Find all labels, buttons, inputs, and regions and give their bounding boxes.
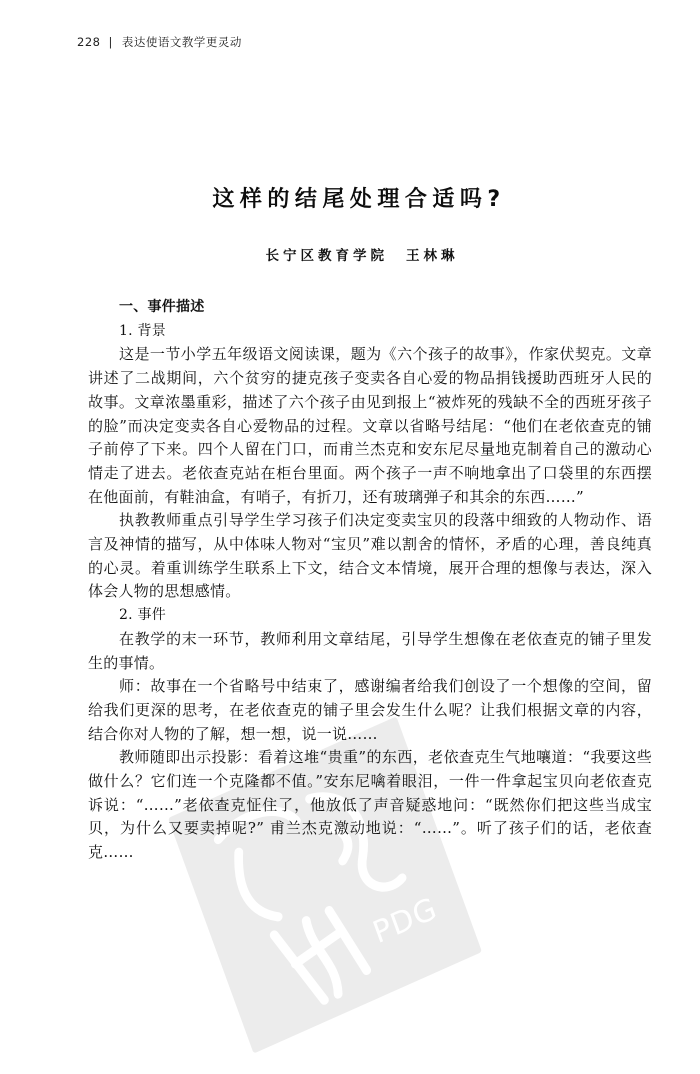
page-number: 228 [77, 35, 100, 49]
subsection-heading: 1. 背景 [88, 320, 652, 344]
author-name: 王林琳 [406, 248, 459, 264]
author-affiliation: 长宁区教育学院 [266, 248, 389, 264]
paragraph: 师：故事在一个省略号中结束了，感谢编者给我们创设了一个想像的空间，留给我们更深的… [88, 675, 652, 746]
header-separator: | [108, 35, 112, 49]
byline: 长宁区教育学院王林琳 [0, 244, 700, 264]
running-header: 228|表达使语文教学更灵动 [77, 34, 242, 50]
section-heading: 一、事件描述 [88, 296, 652, 320]
book-title: 表达使语文教学更灵动 [122, 35, 242, 49]
article-body: 一、事件描述 1. 背景 这是一节小学五年级语文阅读课，题为《六个孩子的故事》，… [88, 296, 652, 865]
paragraph: 执教教师重点引导学生学习孩子们决定变卖宝贝的段落中细致的人物动作、语言及神情的描… [88, 509, 652, 604]
paragraph: 教师随即出示投影：看着这堆“贵重”的东西，老依查克生气地嚷道：“我要这些做什么？… [88, 746, 652, 865]
paragraph: 在教学的末一环节，教师利用文章结尾，引导学生想像在老依查克的铺子里发生的事情。 [88, 628, 652, 675]
subsection-heading: 2. 事件 [88, 604, 652, 628]
paragraph: 这是一节小学五年级语文阅读课，题为《六个孩子的故事》，作家伏契克。文章讲述了二战… [88, 343, 652, 509]
article-title: 这样的结尾处理合适吗? [0, 182, 700, 213]
